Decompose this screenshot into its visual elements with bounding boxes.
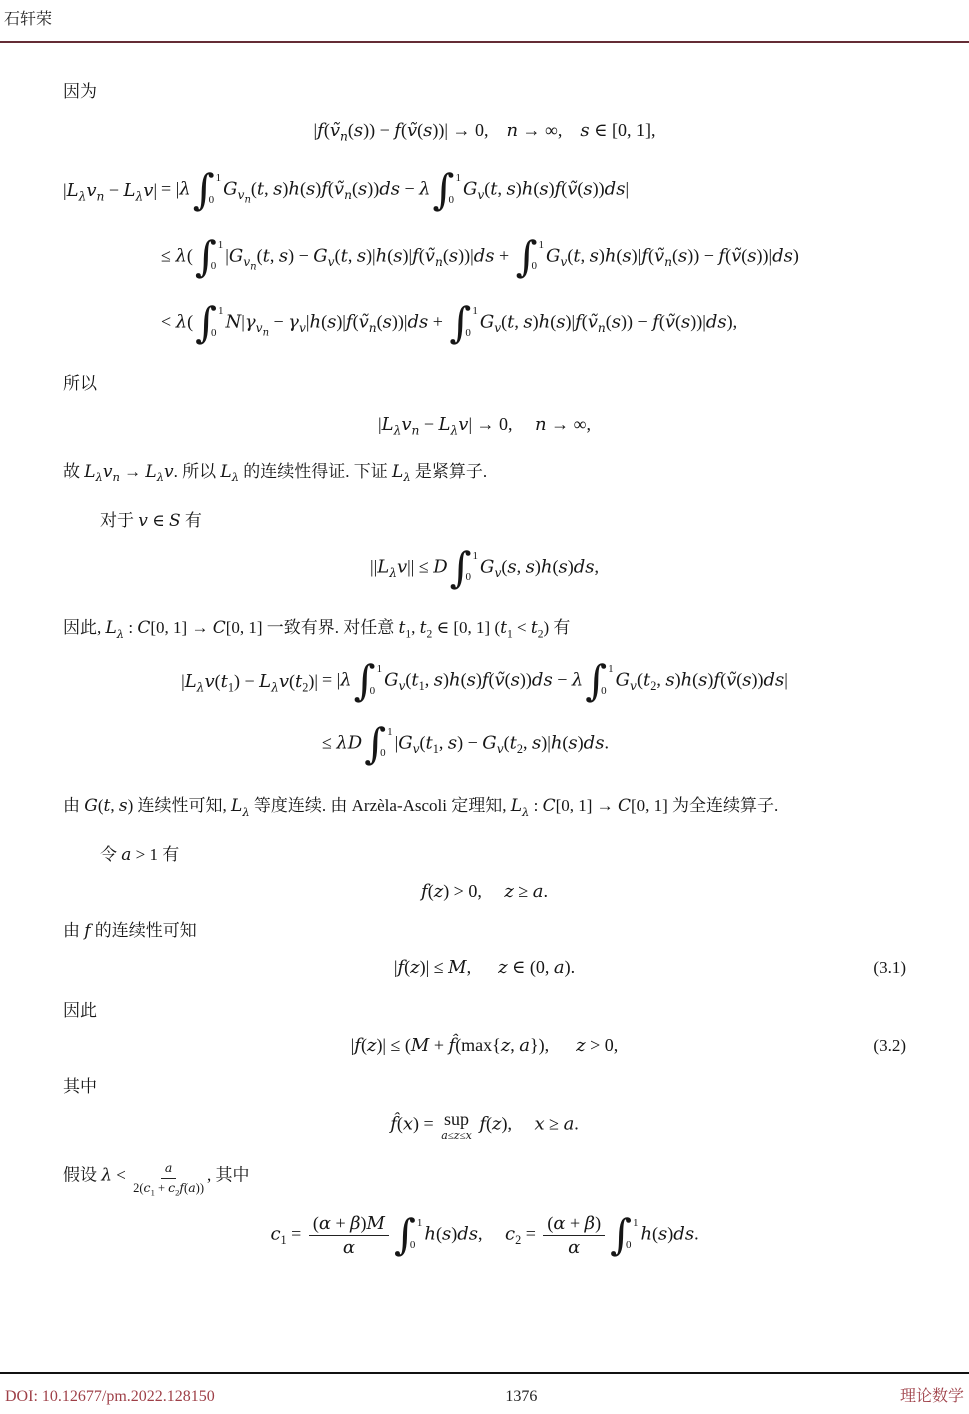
page-number: 1376 — [179, 1388, 864, 1406]
page-footer: DOI: 10.12677/pm.2022.128150 1376 理论数学 — [0, 1372, 969, 1406]
journal-name: 理论数学 — [900, 1383, 964, 1406]
paragraph-so: 所以 — [63, 373, 906, 396]
paragraph-because: 因为 — [63, 81, 906, 104]
equation-L-convergence: |Lλvn − Lλv| → 0, n → ∞, — [63, 414, 906, 435]
equation-line-2: ≤ λD∫10|Gv(t1, s) − Gv(t2, s)|h(s)ds. — [322, 725, 788, 764]
equation-group-L-estimate: |Lλvn − Lλv| = |λ∫10Gvn(t, s)h(s)f(ṽn(s)… — [63, 171, 906, 343]
equation-line-2: ≤ λ(∫10|Gvn(t, s) − Gv(t, s)|h(s)|f(ṽn(s… — [161, 238, 799, 277]
equation-fz-positive: f(z) > 0, z ≥ a. — [63, 881, 906, 902]
equation-number: (3.1) — [873, 958, 906, 978]
equation-sup-definition: f̂(x) = supa≤z≤x f(z), x ≥ a. — [63, 1109, 906, 1142]
equation-c1-c2: c1 = (α + β)Mα∫10h(s)ds, c2 = (α + β)α∫1… — [63, 1213, 906, 1258]
page-header: 石轩荣 — [0, 0, 969, 29]
footer-rule — [0, 1372, 969, 1374]
equation-lhs: |Lλvn − Lλv| — [63, 180, 161, 201]
page-body: 因为 |f(ṽn(s)) − f(ṽ(s))| → 0, n → ∞, s ∈ … — [0, 81, 969, 1258]
equation-3-1: |f(z)| ≤ M, z ∈ (0, a). (3.1) — [63, 957, 906, 978]
equation-line-3: < λ(∫10N|γvn − γv|h(s)|f(ṽn(s))|ds + ∫10… — [161, 304, 799, 343]
equation-number: (3.2) — [873, 1036, 906, 1056]
paragraph-where: 其中 — [63, 1076, 906, 1099]
header-rule — [0, 41, 969, 43]
equation-body: |f(z)| ≤ (M + f̂(max{z, a}), z > 0, — [351, 1035, 619, 1055]
footer-row: DOI: 10.12677/pm.2022.128150 1376 理论数学 — [0, 1383, 969, 1406]
paragraph-assume-lambda: 假设 λ < a2(c1 + c2f(a)), 其中 — [63, 1158, 906, 1195]
paragraph-hence-continuity: 故 Lλvn → Lλv. 所以 Lλ 的连续性得证. 下证 Lλ 是紧算子. — [63, 461, 906, 484]
paragraph-let-a: 令 a > 1 有 — [63, 844, 906, 867]
paragraph-uniformly-bounded: 因此, Lλ : C[0, 1] → C[0, 1] 一致有界. 对任意 t1,… — [63, 617, 906, 640]
paragraph-therefore: 因此 — [63, 1000, 906, 1023]
equation-f-convergence: |f(ṽn(s)) − f(ṽ(s))| → 0, n → ∞, s ∈ [0,… — [63, 120, 906, 141]
equation-line-1: = |λ∫10Gvn(t, s)h(s)f(ṽn(s))ds − λ∫10Gv(… — [161, 171, 799, 210]
equation-group-equicontinuity: |Lλv(t1) − Lλv(t2)| = |λ∫10Gv(t1, s)h(s)… — [63, 662, 906, 763]
equation-line-1: = |λ∫10Gv(t1, s)h(s)f(ṽ(s))ds − λ∫10Gv(t… — [322, 662, 788, 701]
running-head-author: 石轩荣 — [4, 6, 965, 29]
paper-page: 石轩荣 因为 |f(ṽn(s)) − f(ṽ(s))| → 0, n → ∞, … — [0, 0, 969, 1414]
equation-norm-bound: ||Lλv|| ≤ D∫10Gv(s, s)h(s)ds, — [63, 549, 906, 588]
equation-body: |f(z)| ≤ M, z ∈ (0, a). — [394, 957, 575, 977]
paragraph-arzela-ascoli: 由 G(t, s) 连续性可知, Lλ 等度连续. 由 Arzèla-Ascol… — [63, 795, 906, 818]
equation-lhs: |Lλv(t1) − Lλv(t2)| — [181, 671, 322, 692]
equation-3-2: |f(z)| ≤ (M + f̂(max{z, a}), z > 0, (3.2… — [63, 1035, 906, 1056]
paragraph-for-v-in-S: 对于 v ∈ S 有 — [63, 510, 906, 533]
paragraph-by-f-continuity: 由 f 的连续性可知 — [63, 920, 906, 943]
